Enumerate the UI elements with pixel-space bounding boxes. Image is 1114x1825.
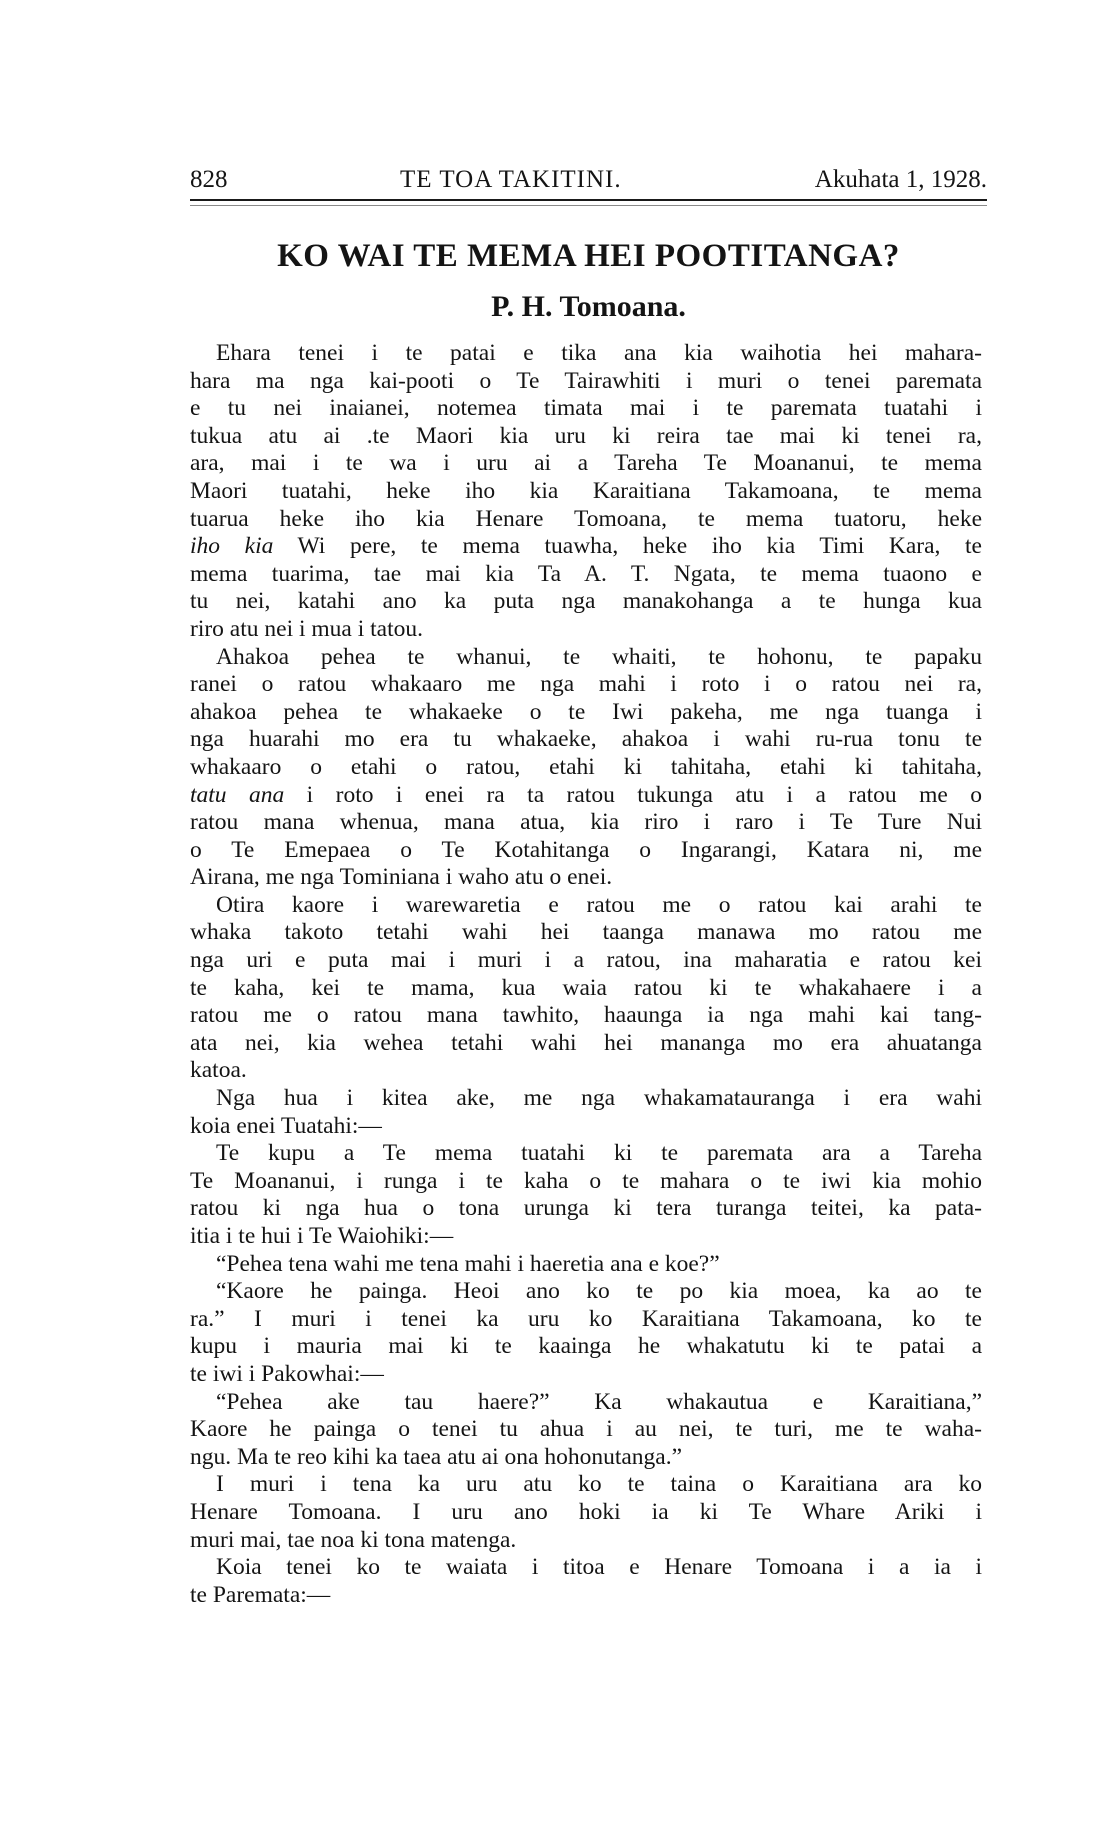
- text-line: itia i te hui i Te Waiohiki:—: [190, 1223, 982, 1251]
- text-line: ranei o ratou whakaaro me nga mahi i rot…: [190, 671, 982, 699]
- text-line: whaka takoto tetahi wahi hei taanga mana…: [190, 919, 982, 947]
- journal-title: TE TOA TAKITINI.: [400, 166, 622, 194]
- article-author: P. H. Tomoana.: [190, 290, 987, 324]
- header-rule-thin: [190, 205, 987, 206]
- text-line: mema tuarima, tae mai kia Ta A. T. Ngata…: [190, 561, 982, 589]
- text-line: katoa.: [190, 1057, 982, 1085]
- scanned-page: 828 TE TOA TAKITINI. Akuhata 1, 1928. KO…: [0, 0, 1114, 1825]
- text-line: iho kia Wi pere, te mema tuawha, heke ih…: [190, 533, 982, 561]
- text-line: Otira kaore i warewaretia e ratou me o r…: [190, 892, 982, 920]
- text-line: e tu nei inaianei, notemea timata mai i …: [190, 395, 982, 423]
- italic-text: iho kia: [190, 533, 273, 559]
- header-rule-thick: [190, 199, 987, 201]
- text-line: whakaaro o etahi o ratou, etahi ki tahit…: [190, 754, 982, 782]
- text-line: ara, mai i te wa i uru ai a Tareha Te Mo…: [190, 450, 982, 478]
- text-line: riro atu nei i mua i tatou.: [190, 616, 982, 644]
- text-line: koia enei Tuatahi:—: [190, 1113, 982, 1141]
- text-line: “Pehea ake tau haere?” Ka whakautua e Ka…: [190, 1389, 982, 1417]
- text-line: ahakoa pehea te whakaeke o te Iwi pakeha…: [190, 699, 982, 727]
- text-line: I muri i tena ka uru atu ko te taina o K…: [190, 1471, 982, 1499]
- text-line: Henare Tomoana. I uru ano hoki ia ki Te …: [190, 1499, 982, 1527]
- text-line: nga uri e puta mai i muri i a ratou, ina…: [190, 947, 982, 975]
- text-line: ra.” I muri i tenei ka uru ko Karaitiana…: [190, 1306, 982, 1334]
- text-line: tatu ana i roto i enei ra ta ratou tukun…: [190, 782, 982, 810]
- italic-text: tatu ana: [190, 782, 284, 808]
- text-line: ratou ki nga hua o tona urunga ki tera t…: [190, 1195, 982, 1223]
- text-line: tu nei, katahi ano ka puta nga manakohan…: [190, 588, 982, 616]
- text-line: ata nei, kia wehea tetahi wahi hei manan…: [190, 1030, 982, 1058]
- text-line: tuarua heke iho kia Henare Tomoana, te m…: [190, 506, 982, 534]
- text-line: “Pehea tena wahi me tena mahi i haeretia…: [190, 1251, 982, 1279]
- text-line: Ehara tenei i te patai e tika ana kia wa…: [190, 340, 982, 368]
- text-line: Maori tuatahi, heke iho kia Karaitiana T…: [190, 478, 982, 506]
- text-line: ngu. Ma te reo kihi ka taea atu ai ona h…: [190, 1444, 982, 1472]
- article-title: KO WAI TE MEMA HEI POOTITANGA?: [190, 238, 987, 275]
- text-line: nga huarahi mo era tu whakaeke, ahakoa i…: [190, 726, 982, 754]
- text-line: hara ma nga kai-pooti o Te Tairawhiti i …: [190, 368, 982, 396]
- text-line: Te kupu a Te mema tuatahi ki te paremata…: [190, 1140, 982, 1168]
- text-line: Te Moananui, i runga i te kaha o te maha…: [190, 1168, 982, 1196]
- issue-date: Akuhata 1, 1928.: [815, 166, 987, 194]
- page-number: 828: [190, 166, 400, 194]
- text-line: te Paremata:—: [190, 1582, 982, 1610]
- running-header: 828 TE TOA TAKITINI. Akuhata 1, 1928.: [190, 166, 987, 194]
- text-line: Airana, me nga Tominiana i waho atu o en…: [190, 864, 982, 892]
- text-line: te kaha, kei te mama, kua waia ratou ki …: [190, 975, 982, 1003]
- text-line: kupu i mauria mai ki te kaainga he whaka…: [190, 1333, 982, 1361]
- text-line: tukua atu ai .te Maori kia uru ki reira …: [190, 423, 982, 451]
- article-body: Ehara tenei i te patai e tika ana kia wa…: [190, 340, 982, 1609]
- text-line: “Kaore he painga. Heoi ano ko te po kia …: [190, 1278, 982, 1306]
- text-line: ratou me o ratou mana tawhito, haaunga i…: [190, 1002, 982, 1030]
- text-line: Koia tenei ko te waiata i titoa e Henare…: [190, 1554, 982, 1582]
- text-line: Kaore he painga o tenei tu ahua i au nei…: [190, 1416, 982, 1444]
- text-line: o Te Emepaea o Te Kotahitanga o Ingarang…: [190, 837, 982, 865]
- text-line: muri mai, tae noa ki tona matenga.: [190, 1527, 982, 1555]
- text-line: Nga hua i kitea ake, me nga whakamataura…: [190, 1085, 982, 1113]
- text-line: ratou mana whenua, mana atua, kia riro i…: [190, 809, 982, 837]
- text-line: te iwi i Pakowhai:—: [190, 1361, 982, 1389]
- text-line: Ahakoa pehea te whanui, te whaiti, te ho…: [190, 644, 982, 672]
